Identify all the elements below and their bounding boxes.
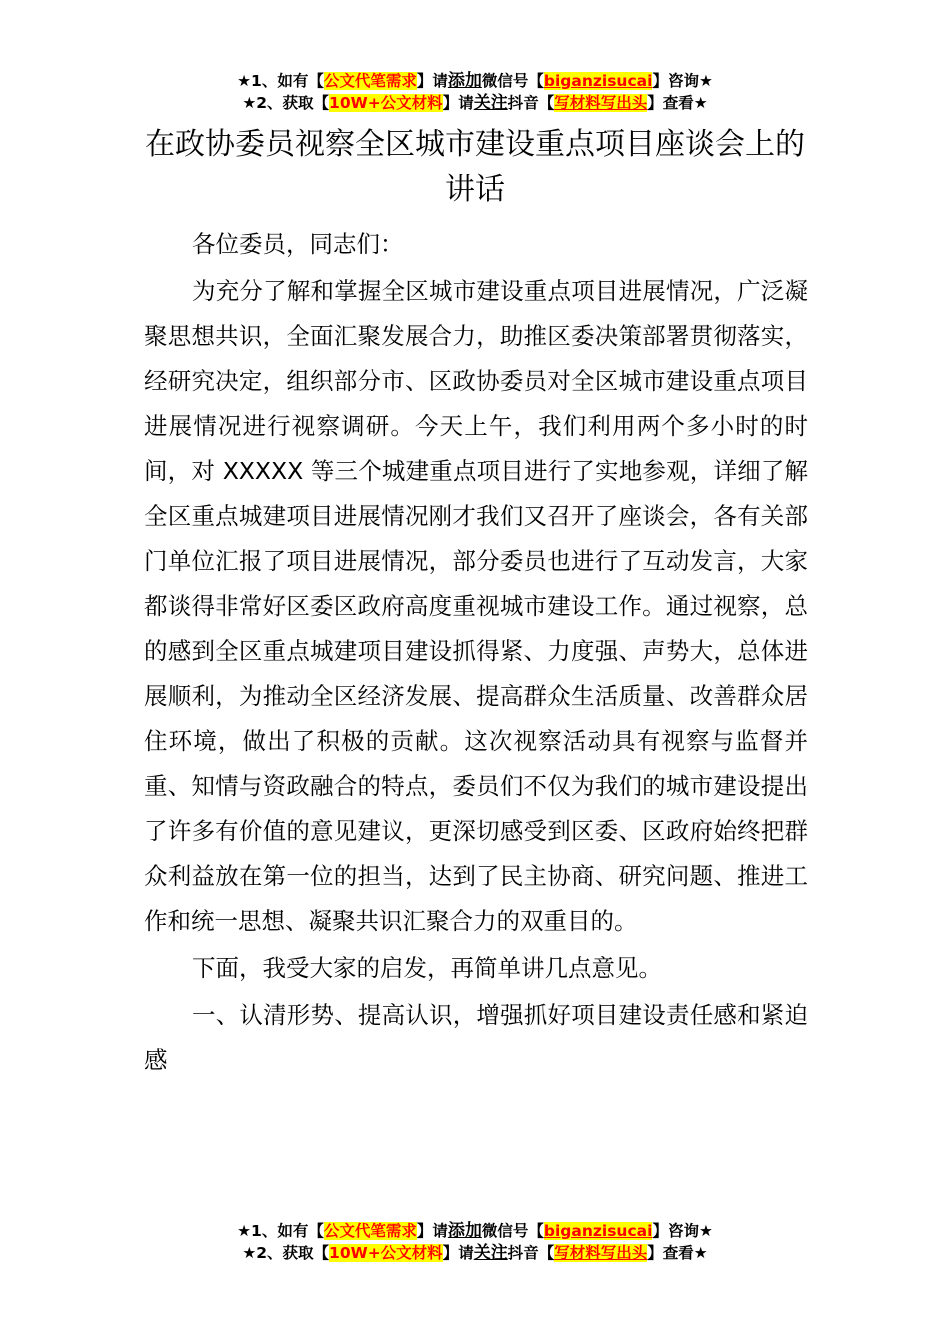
salutation: 各位委员，同志们：: [144, 222, 808, 267]
banner-text: 】请: [443, 94, 474, 112]
wechat-id-link[interactable]: biganzisucai: [544, 72, 653, 90]
banner-line-1: ★1、如有【公文代笔需求】请添加微信号【biganzisucai】咨询★: [0, 70, 950, 92]
header-banner: ★1、如有【公文代笔需求】请添加微信号【biganzisucai】咨询★ ★2、…: [0, 70, 950, 114]
banner-text: 】请: [417, 72, 448, 90]
paragraph-transition: 下面，我受大家的启发，再简单讲几点意见。: [144, 946, 808, 991]
underlined-add: 添加: [448, 71, 482, 91]
highlight-materials: 10W+公文材料: [329, 94, 443, 112]
banner-line-2: ★2、获取【10W+公文材料】请关注抖音【写材料写出头】查看★: [0, 1242, 950, 1264]
douyin-account-link[interactable]: 写材料写出头: [554, 1244, 647, 1262]
section-heading-1: 一、认清形势、提高认识，增强抓好项目建设责任感和紧迫感: [144, 993, 808, 1083]
banner-text: ★1、如有【: [237, 72, 324, 90]
document-title: 在政协委员视察全区城市建设重点项目座谈会上的讲话: [140, 122, 810, 212]
banner-text: 】咨询★: [652, 1222, 712, 1240]
footer-banner: ★1、如有【公文代笔需求】请添加微信号【biganzisucai】咨询★ ★2、…: [0, 1220, 950, 1264]
highlight-writing-service: 公文代笔需求: [324, 1222, 417, 1240]
banner-text: 】查看★: [647, 94, 707, 112]
banner-text: ★2、获取【: [242, 94, 329, 112]
banner-text: 抖音【: [508, 94, 555, 112]
banner-text: ★2、获取【: [242, 1244, 329, 1262]
banner-text: 微信号【: [482, 72, 544, 90]
document-body: 各位委员，同志们： 为充分了解和掌握全区城市建设重点项目进展情况，广泛凝聚思想共…: [144, 222, 808, 1083]
paragraph-intro: 为充分了解和掌握全区城市建设重点项目进展情况，广泛凝聚思想共识，全面汇聚发展合力…: [144, 269, 808, 944]
underlined-follow: 关注: [474, 1243, 508, 1263]
banner-text: 微信号【: [482, 1222, 544, 1240]
banner-text: ★1、如有【: [237, 1222, 324, 1240]
underlined-add: 添加: [448, 1221, 482, 1241]
highlight-materials: 10W+公文材料: [329, 1244, 443, 1262]
banner-text: 】请: [443, 1244, 474, 1262]
banner-text: 】查看★: [647, 1244, 707, 1262]
banner-line-2: ★2、获取【10W+公文材料】请关注抖音【写材料写出头】查看★: [0, 92, 950, 114]
banner-text: 抖音【: [508, 1244, 555, 1262]
underlined-follow: 关注: [474, 93, 508, 113]
banner-text: 】请: [417, 1222, 448, 1240]
banner-line-1: ★1、如有【公文代笔需求】请添加微信号【biganzisucai】咨询★: [0, 1220, 950, 1242]
highlight-writing-service: 公文代笔需求: [324, 72, 417, 90]
banner-text: 】咨询★: [652, 72, 712, 90]
douyin-account-link[interactable]: 写材料写出头: [554, 94, 647, 112]
wechat-id-link[interactable]: biganzisucai: [544, 1222, 653, 1240]
